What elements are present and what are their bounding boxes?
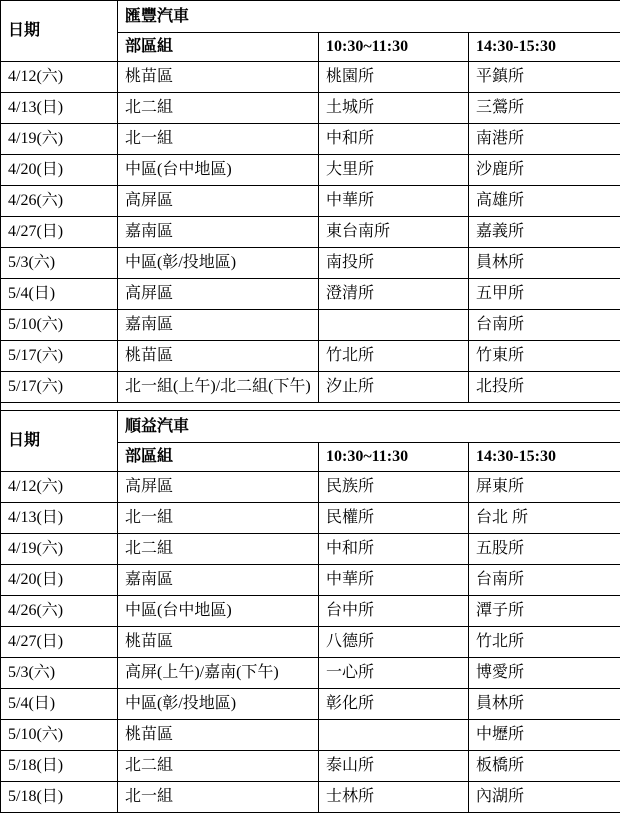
afternoon-time-header: 14:30-15:30 [469, 443, 620, 472]
morning-branch-cell [319, 720, 469, 751]
morning-branch-cell: 士林所 [319, 782, 469, 813]
morning-branch-cell: 彰化所 [319, 689, 469, 720]
group-cell: 高屏(上午)/嘉南(下午) [118, 658, 319, 689]
morning-branch-cell: 汐止所 [319, 372, 469, 403]
morning-branch-cell: 民權所 [319, 503, 469, 534]
afternoon-branch-cell: 三鶯所 [469, 93, 620, 124]
morning-branch-cell: 中華所 [319, 565, 469, 596]
group-cell: 北二組 [118, 751, 319, 782]
group-cell: 中區(彰/投地區) [118, 689, 319, 720]
afternoon-branch-cell: 板橋所 [469, 751, 620, 782]
table-row: 5/18(日)北二組泰山所板橋所 [1, 751, 620, 782]
afternoon-branch-cell: 高雄所 [469, 186, 620, 217]
date-cell: 5/3(六) [1, 248, 118, 279]
date-cell: 4/27(日) [1, 627, 118, 658]
afternoon-branch-cell: 竹北所 [469, 627, 620, 658]
table-row: 4/27(日)桃苗區八德所竹北所 [1, 627, 620, 658]
table-row: 4/12(六)桃苗區桃園所平鎮所 [1, 62, 620, 93]
table-row: 5/3(六)中區(彰/投地區)南投所員林所 [1, 248, 620, 279]
date-cell: 4/20(日) [1, 155, 118, 186]
table-row: 4/26(六)中區(台中地區)台中所潭子所 [1, 596, 620, 627]
afternoon-branch-cell: 中壢所 [469, 720, 620, 751]
hsbc-motors-table: 日期 匯豐汽車 部區組 10:30~11:30 14:30-15:30 4/12… [1, 1, 620, 403]
date-cell: 4/26(六) [1, 596, 118, 627]
afternoon-branch-cell: 沙鹿所 [469, 155, 620, 186]
shungye-motors-table: 日期 順益汽車 部區組 10:30~11:30 14:30-15:30 4/12… [1, 411, 620, 813]
afternoon-branch-cell: 五股所 [469, 534, 620, 565]
table-row: 5/18(日)北一組士林所內湖所 [1, 782, 620, 813]
group-cell: 北二組 [118, 93, 319, 124]
morning-branch-cell: 民族所 [319, 472, 469, 503]
group-cell: 嘉南區 [118, 217, 319, 248]
date-cell: 5/10(六) [1, 310, 118, 341]
company-header: 匯豐汽車 [118, 1, 620, 33]
date-cell: 4/13(日) [1, 503, 118, 534]
date-cell: 4/12(六) [1, 472, 118, 503]
group-cell: 桃苗區 [118, 341, 319, 372]
date-cell: 4/20(日) [1, 565, 118, 596]
date-column-header: 日期 [1, 1, 118, 62]
table-row: 4/19(六)北一組中和所南港所 [1, 124, 620, 155]
group-cell: 桃苗區 [118, 627, 319, 658]
date-cell: 5/4(日) [1, 279, 118, 310]
afternoon-branch-cell: 台南所 [469, 310, 620, 341]
morning-time-header: 10:30~11:30 [319, 33, 469, 62]
morning-branch-cell: 台中所 [319, 596, 469, 627]
morning-branch-cell: 土城所 [319, 93, 469, 124]
afternoon-time-header: 14:30-15:30 [469, 33, 620, 62]
company-header: 順益汽車 [118, 411, 620, 443]
date-cell: 4/26(六) [1, 186, 118, 217]
group-cell: 桃苗區 [118, 62, 319, 93]
group-cell: 北一組 [118, 782, 319, 813]
table-row: 5/10(六)嘉南區台南所 [1, 310, 620, 341]
morning-branch-cell: 八德所 [319, 627, 469, 658]
morning-branch-cell: 一心所 [319, 658, 469, 689]
table-row: 5/17(六)北一組(上午)/北二組(下午)汐止所北投所 [1, 372, 620, 403]
table-row: 4/20(日)嘉南區中華所台南所 [1, 565, 620, 596]
table-row: 4/13(日)北一組民權所台北 所 [1, 503, 620, 534]
afternoon-branch-cell: 內湖所 [469, 782, 620, 813]
afternoon-branch-cell: 員林所 [469, 248, 620, 279]
date-cell: 5/10(六) [1, 720, 118, 751]
group-column-header: 部區組 [118, 443, 319, 472]
group-cell: 高屏區 [118, 279, 319, 310]
morning-branch-cell: 東台南所 [319, 217, 469, 248]
afternoon-branch-cell: 竹東所 [469, 341, 620, 372]
morning-branch-cell: 桃園所 [319, 62, 469, 93]
morning-branch-cell: 中和所 [319, 534, 469, 565]
morning-branch-cell: 泰山所 [319, 751, 469, 782]
morning-branch-cell: 澄清所 [319, 279, 469, 310]
afternoon-branch-cell: 台南所 [469, 565, 620, 596]
table-row: 日期 順益汽車 [1, 411, 620, 443]
group-cell: 高屏區 [118, 472, 319, 503]
afternoon-branch-cell: 北投所 [469, 372, 620, 403]
morning-branch-cell [319, 310, 469, 341]
table-row: 5/17(六)桃苗區竹北所竹東所 [1, 341, 620, 372]
date-cell: 4/13(日) [1, 93, 118, 124]
group-cell: 中區(台中地區) [118, 155, 319, 186]
date-cell: 4/27(日) [1, 217, 118, 248]
date-column-header: 日期 [1, 411, 118, 472]
date-cell: 5/17(六) [1, 341, 118, 372]
group-cell: 嘉南區 [118, 565, 319, 596]
group-cell: 中區(彰/投地區) [118, 248, 319, 279]
group-cell: 高屏區 [118, 186, 319, 217]
date-cell: 5/18(日) [1, 782, 118, 813]
service-schedule-document: 日期 匯豐汽車 部區組 10:30~11:30 14:30-15:30 4/12… [0, 0, 620, 813]
morning-branch-cell: 中華所 [319, 186, 469, 217]
group-cell: 北一組 [118, 124, 319, 155]
table-row: 4/12(六)高屏區民族所屏東所 [1, 472, 620, 503]
date-cell: 4/19(六) [1, 534, 118, 565]
spacer-row [1, 403, 620, 411]
table-row: 5/3(六)高屏(上午)/嘉南(下午)一心所博愛所 [1, 658, 620, 689]
afternoon-branch-cell: 員林所 [469, 689, 620, 720]
group-column-header: 部區組 [118, 33, 319, 62]
date-cell: 5/17(六) [1, 372, 118, 403]
table-row: 5/4(日)高屏區澄清所五甲所 [1, 279, 620, 310]
date-cell: 4/19(六) [1, 124, 118, 155]
date-cell: 5/4(日) [1, 689, 118, 720]
afternoon-branch-cell: 五甲所 [469, 279, 620, 310]
date-cell: 4/12(六) [1, 62, 118, 93]
afternoon-branch-cell: 平鎮所 [469, 62, 620, 93]
morning-branch-cell: 竹北所 [319, 341, 469, 372]
afternoon-branch-cell: 潭子所 [469, 596, 620, 627]
date-cell: 5/3(六) [1, 658, 118, 689]
afternoon-branch-cell: 台北 所 [469, 503, 620, 534]
table-row: 4/13(日)北二組土城所三鶯所 [1, 93, 620, 124]
morning-branch-cell: 南投所 [319, 248, 469, 279]
table-row: 4/20(日)中區(台中地區)大里所沙鹿所 [1, 155, 620, 186]
morning-time-header: 10:30~11:30 [319, 443, 469, 472]
afternoon-branch-cell: 嘉義所 [469, 217, 620, 248]
afternoon-branch-cell: 博愛所 [469, 658, 620, 689]
morning-branch-cell: 大里所 [319, 155, 469, 186]
table-row: 日期 匯豐汽車 [1, 1, 620, 33]
group-cell: 中區(台中地區) [118, 596, 319, 627]
table-row: 4/19(六)北二組中和所五股所 [1, 534, 620, 565]
group-cell: 桃苗區 [118, 720, 319, 751]
spacer-cell [1, 403, 620, 411]
table-row: 4/26(六)高屏區中華所高雄所 [1, 186, 620, 217]
group-cell: 北二組 [118, 534, 319, 565]
table-row: 5/10(六)桃苗區中壢所 [1, 720, 620, 751]
group-cell: 北一組 [118, 503, 319, 534]
group-cell: 北一組(上午)/北二組(下午) [118, 372, 319, 403]
morning-branch-cell: 中和所 [319, 124, 469, 155]
table-row: 5/4(日)中區(彰/投地區)彰化所員林所 [1, 689, 620, 720]
group-cell: 嘉南區 [118, 310, 319, 341]
afternoon-branch-cell: 屏東所 [469, 472, 620, 503]
table-gap [1, 403, 620, 411]
table-row: 4/27(日)嘉南區東台南所嘉義所 [1, 217, 620, 248]
date-cell: 5/18(日) [1, 751, 118, 782]
afternoon-branch-cell: 南港所 [469, 124, 620, 155]
